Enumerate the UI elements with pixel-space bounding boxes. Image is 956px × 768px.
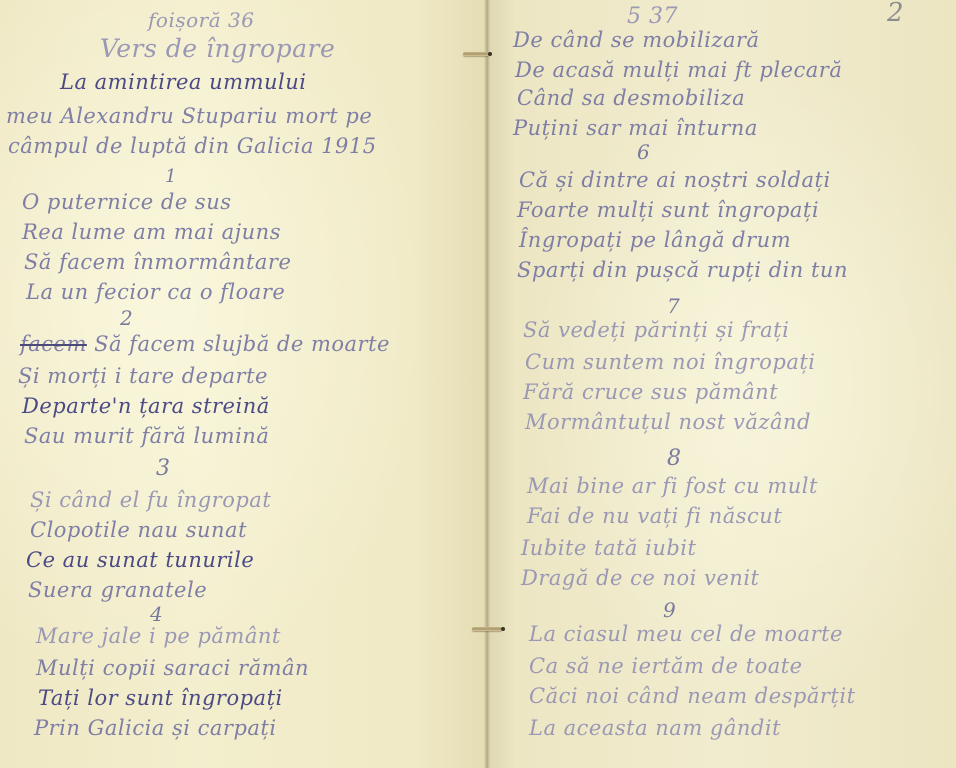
verse-line: La aceasta nam gândit (529, 716, 781, 740)
verse-line: Să facem înmormântare (24, 250, 291, 274)
binding-gutter (484, 0, 490, 768)
poem-title: Vers de îngropare (100, 34, 335, 63)
verse-line-text: Să facem slujbă de moarte (94, 332, 390, 356)
verse-line: Puțini sar mai înturna (513, 116, 758, 140)
verse-line: Când sa desmobiliza (517, 86, 745, 110)
page-header-left: foișoră 36 (148, 8, 254, 32)
verse-line: Și când el fu îngropat (30, 488, 271, 512)
stanza-number: 1 (165, 166, 177, 187)
verse-line: Foarte mulți sunt îngropați (517, 198, 819, 222)
verse-line: Prin Galicia și carpați (34, 716, 277, 740)
left-page: foișoră 36 Vers de îngropare La amintire… (0, 0, 487, 768)
verse-line: Departe'n țara streină (22, 394, 270, 418)
verse-line: Îngropați pe lângă drum (519, 228, 791, 252)
verse-line: Și morți i tare departe (18, 364, 268, 388)
verse-line: Fără cruce sus pământ (523, 380, 778, 404)
stanza-number: 4 (150, 602, 163, 626)
struck-word: facem (20, 332, 87, 356)
corner-mark: 2 (887, 0, 904, 28)
stanza-number: 6 (637, 140, 650, 164)
verse-line: Iubite tată iubit (521, 536, 696, 560)
staple-top (463, 52, 489, 56)
stanza-number: 9 (663, 598, 676, 622)
verse-line: Dragă de ce noi venit (521, 566, 759, 590)
verse-line: Că și dintre ai noștri soldați (519, 168, 831, 192)
stanza-number: 8 (667, 446, 682, 471)
verse-line: Tați lor sunt îngropați (38, 686, 283, 710)
verse-line: Ca să ne iertăm de toate (529, 654, 803, 678)
dedication-line-1: La amintirea ummului (60, 70, 306, 94)
verse-line: Rea lume am mai ajuns (22, 220, 281, 244)
verse-line: Să vedeți părinți și frați (523, 318, 789, 342)
verse-line: Clopotile nau sunat (30, 518, 247, 542)
verse-line: De acasă mulți mai ft plecară (515, 58, 842, 82)
stanza-number: 2 (120, 306, 133, 330)
dedication-line-3: câmpul de luptă din Galicia 1915 (8, 134, 377, 158)
verse-line: Căci noi când neam despărțit (529, 684, 856, 708)
verse-line: O puternice de sus (22, 190, 232, 214)
verse-line: La ciasul meu cel de moarte (529, 622, 843, 646)
verse-line: Sau murit fără lumină (24, 424, 269, 448)
stanza-number: 3 (156, 456, 171, 481)
stanza-number: 7 (667, 294, 680, 318)
verse-line: Mai bine ar fi fost cu mult (527, 474, 818, 498)
staple-bottom (472, 627, 502, 631)
verse-line: De când se mobilizară (513, 28, 760, 52)
verse-line: Suera granatele (28, 578, 207, 602)
verse-line: Mare jale i pe pământ (36, 624, 281, 648)
verse-line: facem Să facem slujbă de moarte (20, 332, 390, 356)
verse-line: Sparți din pușcă rupți din tun (517, 258, 848, 282)
right-page: 5 37 2 De când se mobilizară De acasă mu… (487, 0, 956, 768)
verse-line: Fai de nu vați fi născut (527, 504, 782, 528)
verse-line: Mormântuțul nost văzând (525, 410, 811, 434)
verse-line: Mulți copii saraci rămân (36, 656, 309, 680)
verse-line: Cum suntem noi îngropați (525, 350, 816, 374)
verse-line: La un fecior ca o floare (26, 280, 285, 304)
page-header-right: 5 37 (627, 4, 678, 29)
notebook-spread: foișoră 36 Vers de îngropare La amintire… (0, 0, 956, 768)
verse-line: Ce au sunat tunurile (26, 548, 254, 572)
dedication-line-2: meu Alexandru Stupariu mort pe (6, 104, 372, 128)
